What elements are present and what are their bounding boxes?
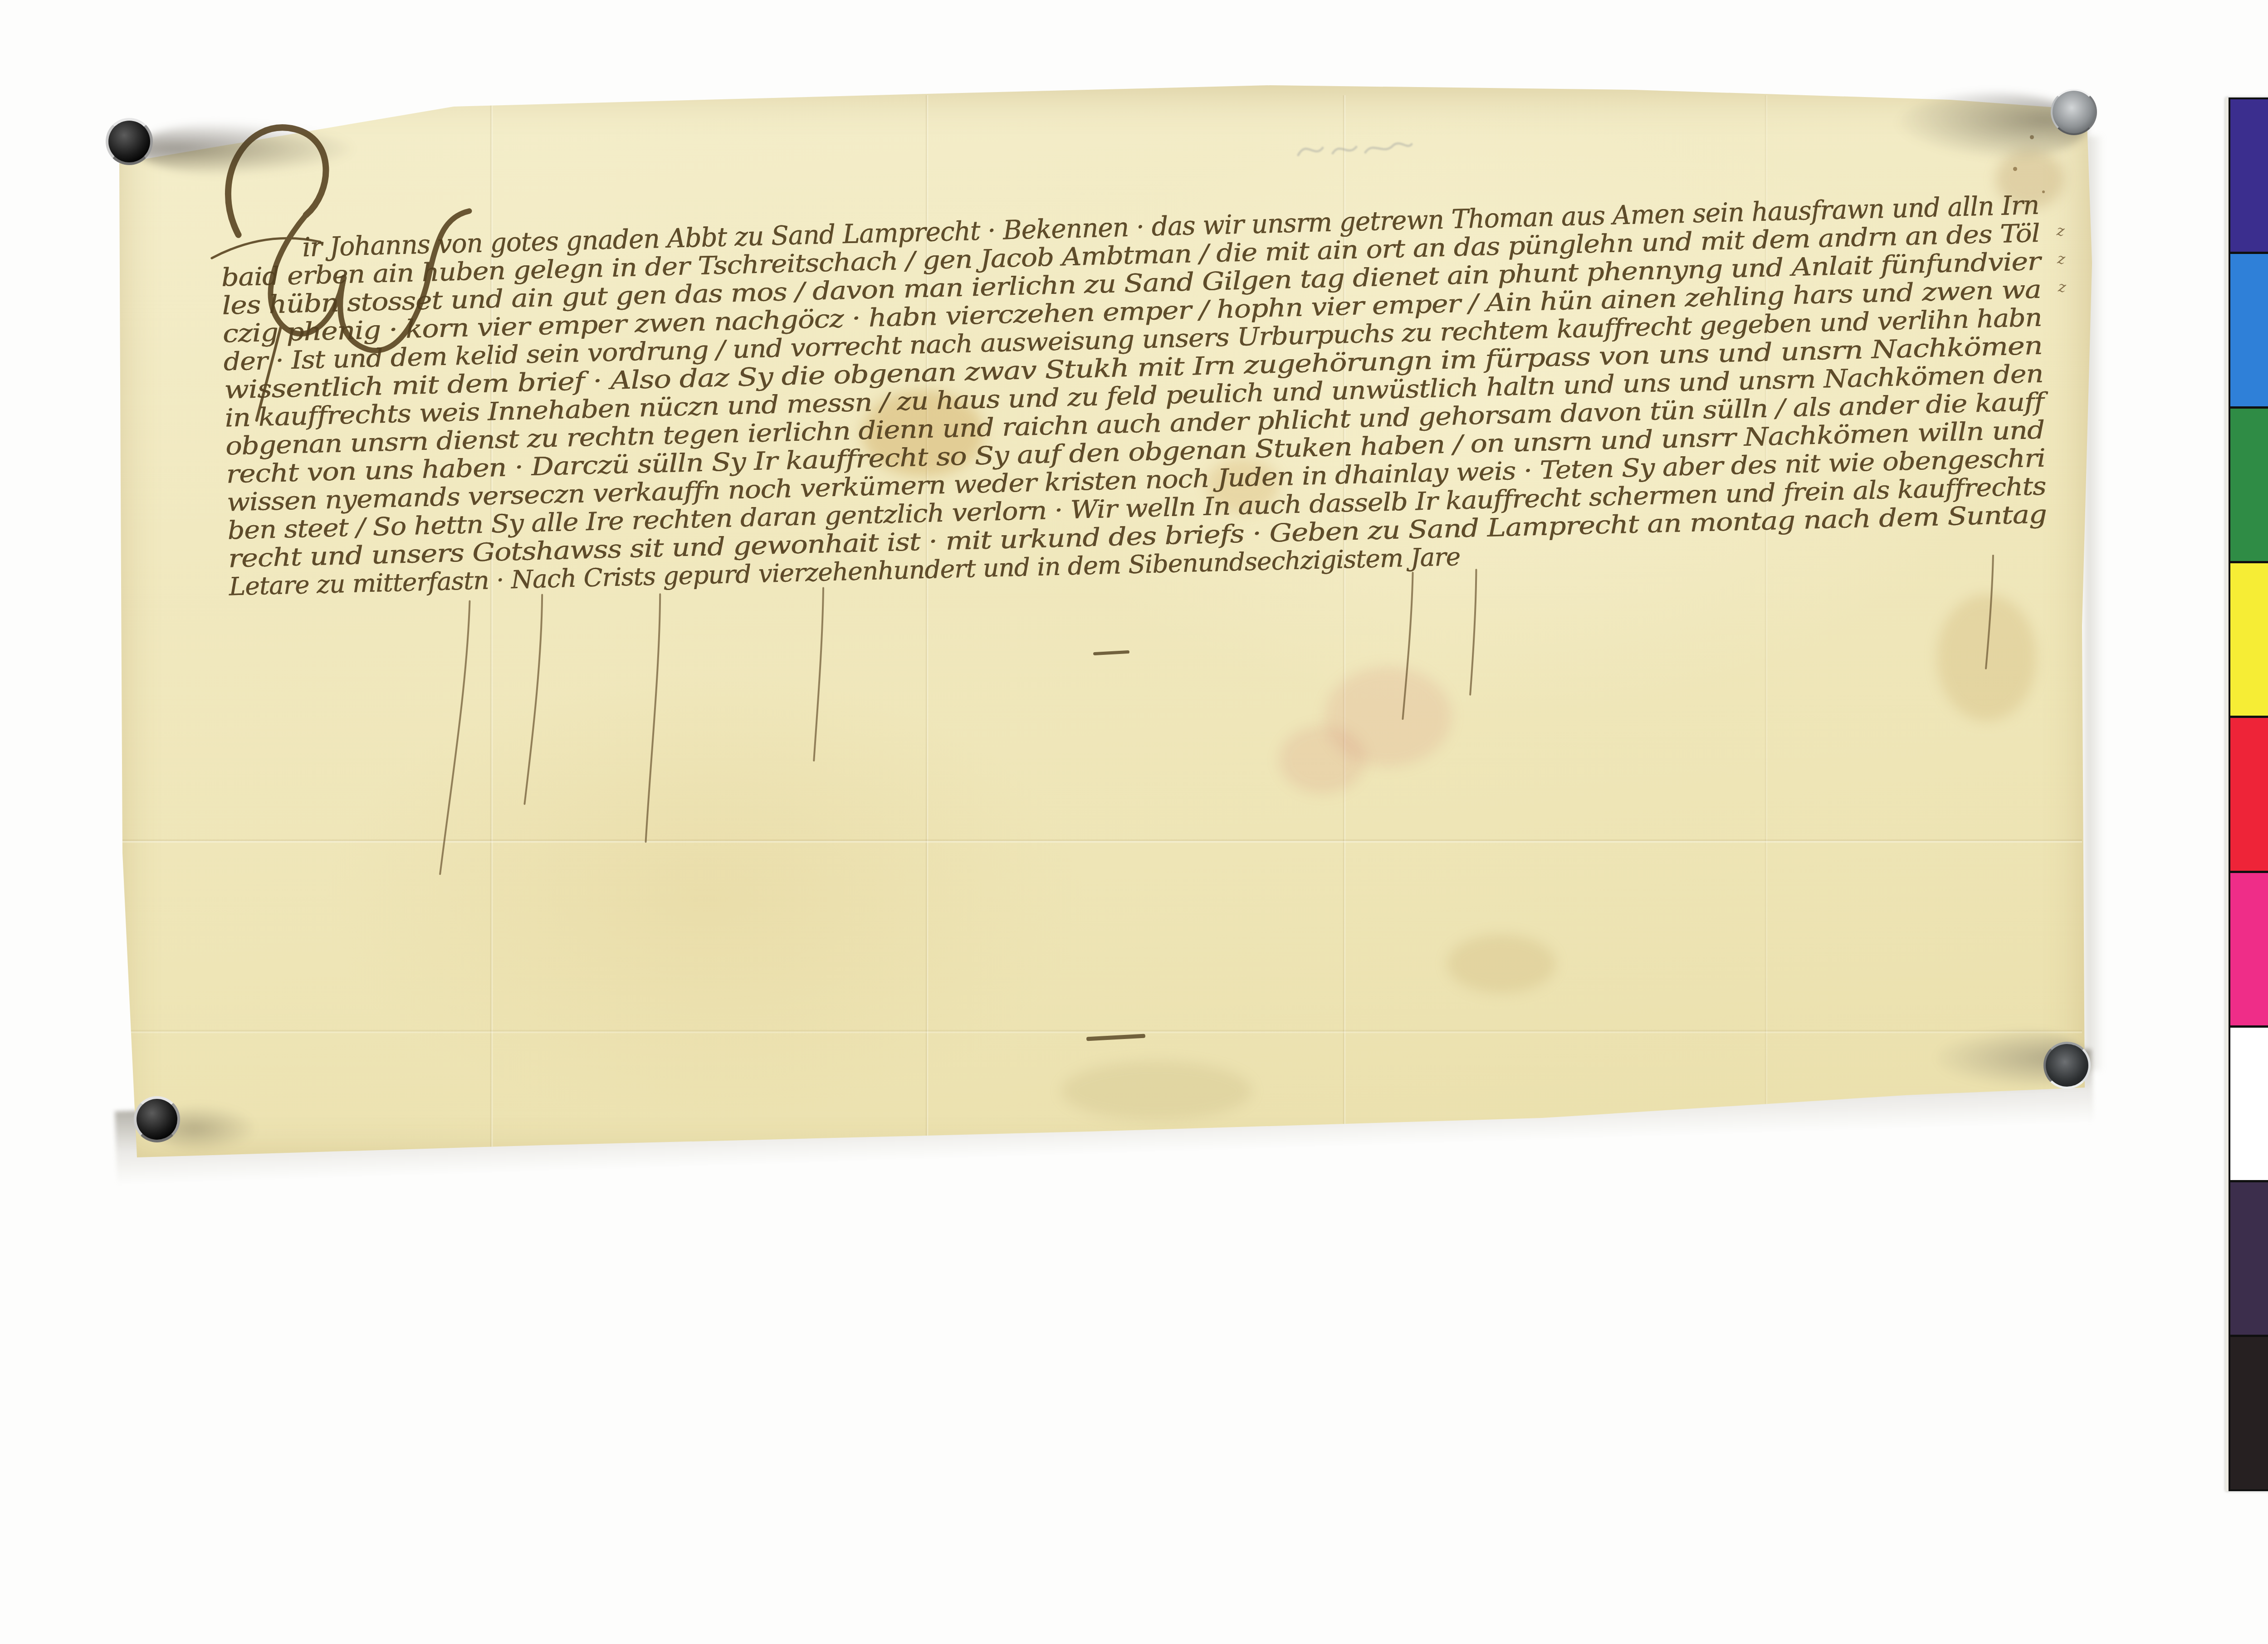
swatch-row-red xyxy=(2230,718,2268,870)
corner-weight-bottom-right xyxy=(2043,1042,2091,1089)
swatch-solid xyxy=(2230,873,2268,1025)
pen-descenders xyxy=(252,552,2097,969)
swatch-solid xyxy=(2230,718,2268,870)
line-end-mark: z xyxy=(2057,278,2067,296)
archival-photo: ir Johanns von gotes gnaden Abbt zu Sand… xyxy=(0,0,2268,1644)
swatch-row-green xyxy=(2230,409,2268,561)
line-end-mark: z xyxy=(2056,222,2065,240)
swatch-row-yellow xyxy=(2230,563,2268,716)
swatch-solid xyxy=(2230,254,2268,406)
swatch-solid xyxy=(2230,409,2268,561)
corner-weight-top-left xyxy=(106,118,153,165)
swatch-row-cyan xyxy=(2230,254,2268,406)
swatch-solid xyxy=(2230,563,2268,716)
line-end-mark: z xyxy=(2057,250,2066,268)
swatch-solid xyxy=(2230,1182,2268,1335)
parchment-stain xyxy=(1447,934,1556,993)
corner-weight-bottom-left xyxy=(134,1096,180,1142)
color-calibration-card: Farbkarte #13 B.I.G. Centimetres Inches … xyxy=(2225,98,2268,1491)
swatch-solid xyxy=(2230,1337,2268,1489)
fold-crease-horizontal xyxy=(122,1029,2082,1034)
weight-shadow xyxy=(136,122,354,176)
swatch-row-3-color xyxy=(2230,1182,2268,1335)
swatch-solid xyxy=(2230,1028,2268,1180)
swatch-row-white xyxy=(2230,1028,2268,1180)
parchment-stain xyxy=(1061,1061,1252,1120)
manuscript-text-block: ir Johanns von gotes gnaden Abbt zu Sand… xyxy=(195,85,2120,970)
corner-weight-top-right xyxy=(2051,89,2097,135)
swatch-row-magenta xyxy=(2230,873,2268,1025)
swatch-grid xyxy=(2229,98,2268,1491)
swatch-row-blue xyxy=(2230,99,2268,252)
swatch-solid xyxy=(2230,99,2268,252)
swatch-row-black xyxy=(2230,1337,2268,1489)
